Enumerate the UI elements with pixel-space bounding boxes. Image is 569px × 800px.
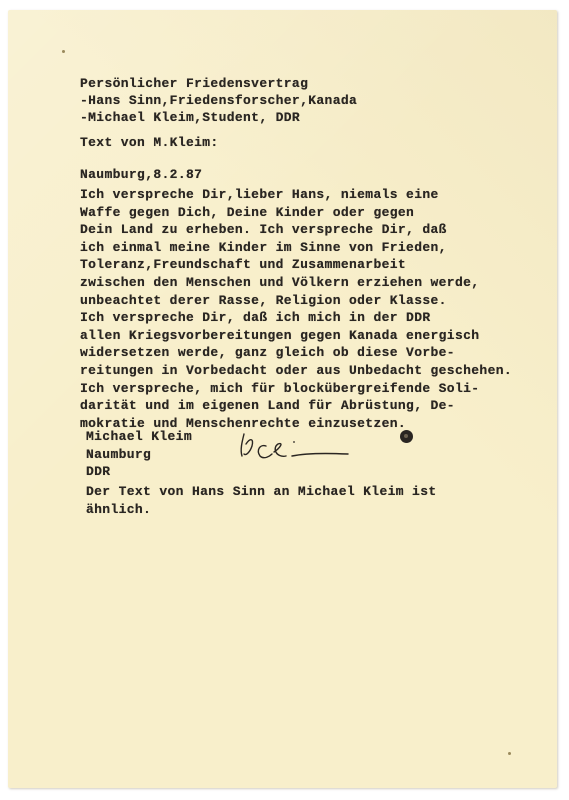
body-line: ich einmal meine Kinder im Sinne von Fri… xyxy=(80,239,512,257)
body-line: allen Kriegsvorbereitungen gegen Kanada … xyxy=(80,327,512,345)
body-line: Waffe gegen Dich, Deine Kinder oder gege… xyxy=(80,204,512,222)
body-text: Ich verspreche Dir,lieber Hans, niemals … xyxy=(80,186,512,432)
body-line: unbeachtet derer Rasse, Religion oder Kl… xyxy=(80,292,512,310)
body-line: zwischen den Menschen und Völkern erzieh… xyxy=(80,274,512,292)
signer-country: DDR xyxy=(86,463,192,481)
body-line: Dein Land zu erheben. Ich verspreche Dir… xyxy=(80,221,512,239)
body-line: Toleranz,Freundschaft und Zusammenarbeit xyxy=(80,256,512,274)
header-party-2: -Michael Kleim,Student, DDR xyxy=(80,109,357,126)
header-party-1: -Hans Sinn,Friedensforscher,Kanada xyxy=(80,92,357,109)
body-line: widersetzen werde, ganz gleich ob diese … xyxy=(80,344,512,362)
body-line: reitungen in Vorbedacht oder aus Unbedac… xyxy=(80,362,512,380)
body-line: Ich verspreche Dir,lieber Hans, niemals … xyxy=(80,186,512,204)
place-date: Naumburg,8.2.87 xyxy=(80,166,202,183)
handwritten-signature xyxy=(236,426,356,466)
note-line: Der Text von Hans Sinn an Michael Kleim … xyxy=(86,483,437,501)
text-from-label: Text von M.Kleim: xyxy=(80,134,219,151)
body-line: darität und im eigenen Land für Abrüstun… xyxy=(80,397,512,415)
closing-note: Der Text von Hans Sinn an Michael Kleim … xyxy=(86,483,437,518)
paper-spot xyxy=(62,50,65,53)
body-line: Ich verspreche, mich für blockübergreife… xyxy=(80,380,512,398)
header-title: Persönlicher Friedensvertrag xyxy=(80,75,357,92)
note-line: ähnlich. xyxy=(86,501,437,519)
signer-name: Michael Kleim xyxy=(86,428,192,446)
punch-hole-mark xyxy=(400,430,413,443)
body-line: Ich verspreche Dir, daß ich mich in der … xyxy=(80,309,512,327)
signature-block: Michael KleimNaumburgDDR xyxy=(86,428,192,481)
document-header: Persönlicher Friedensvertrag-Hans Sinn,F… xyxy=(80,75,357,127)
signer-city: Naumburg xyxy=(86,446,192,464)
paper-spot xyxy=(508,752,511,755)
